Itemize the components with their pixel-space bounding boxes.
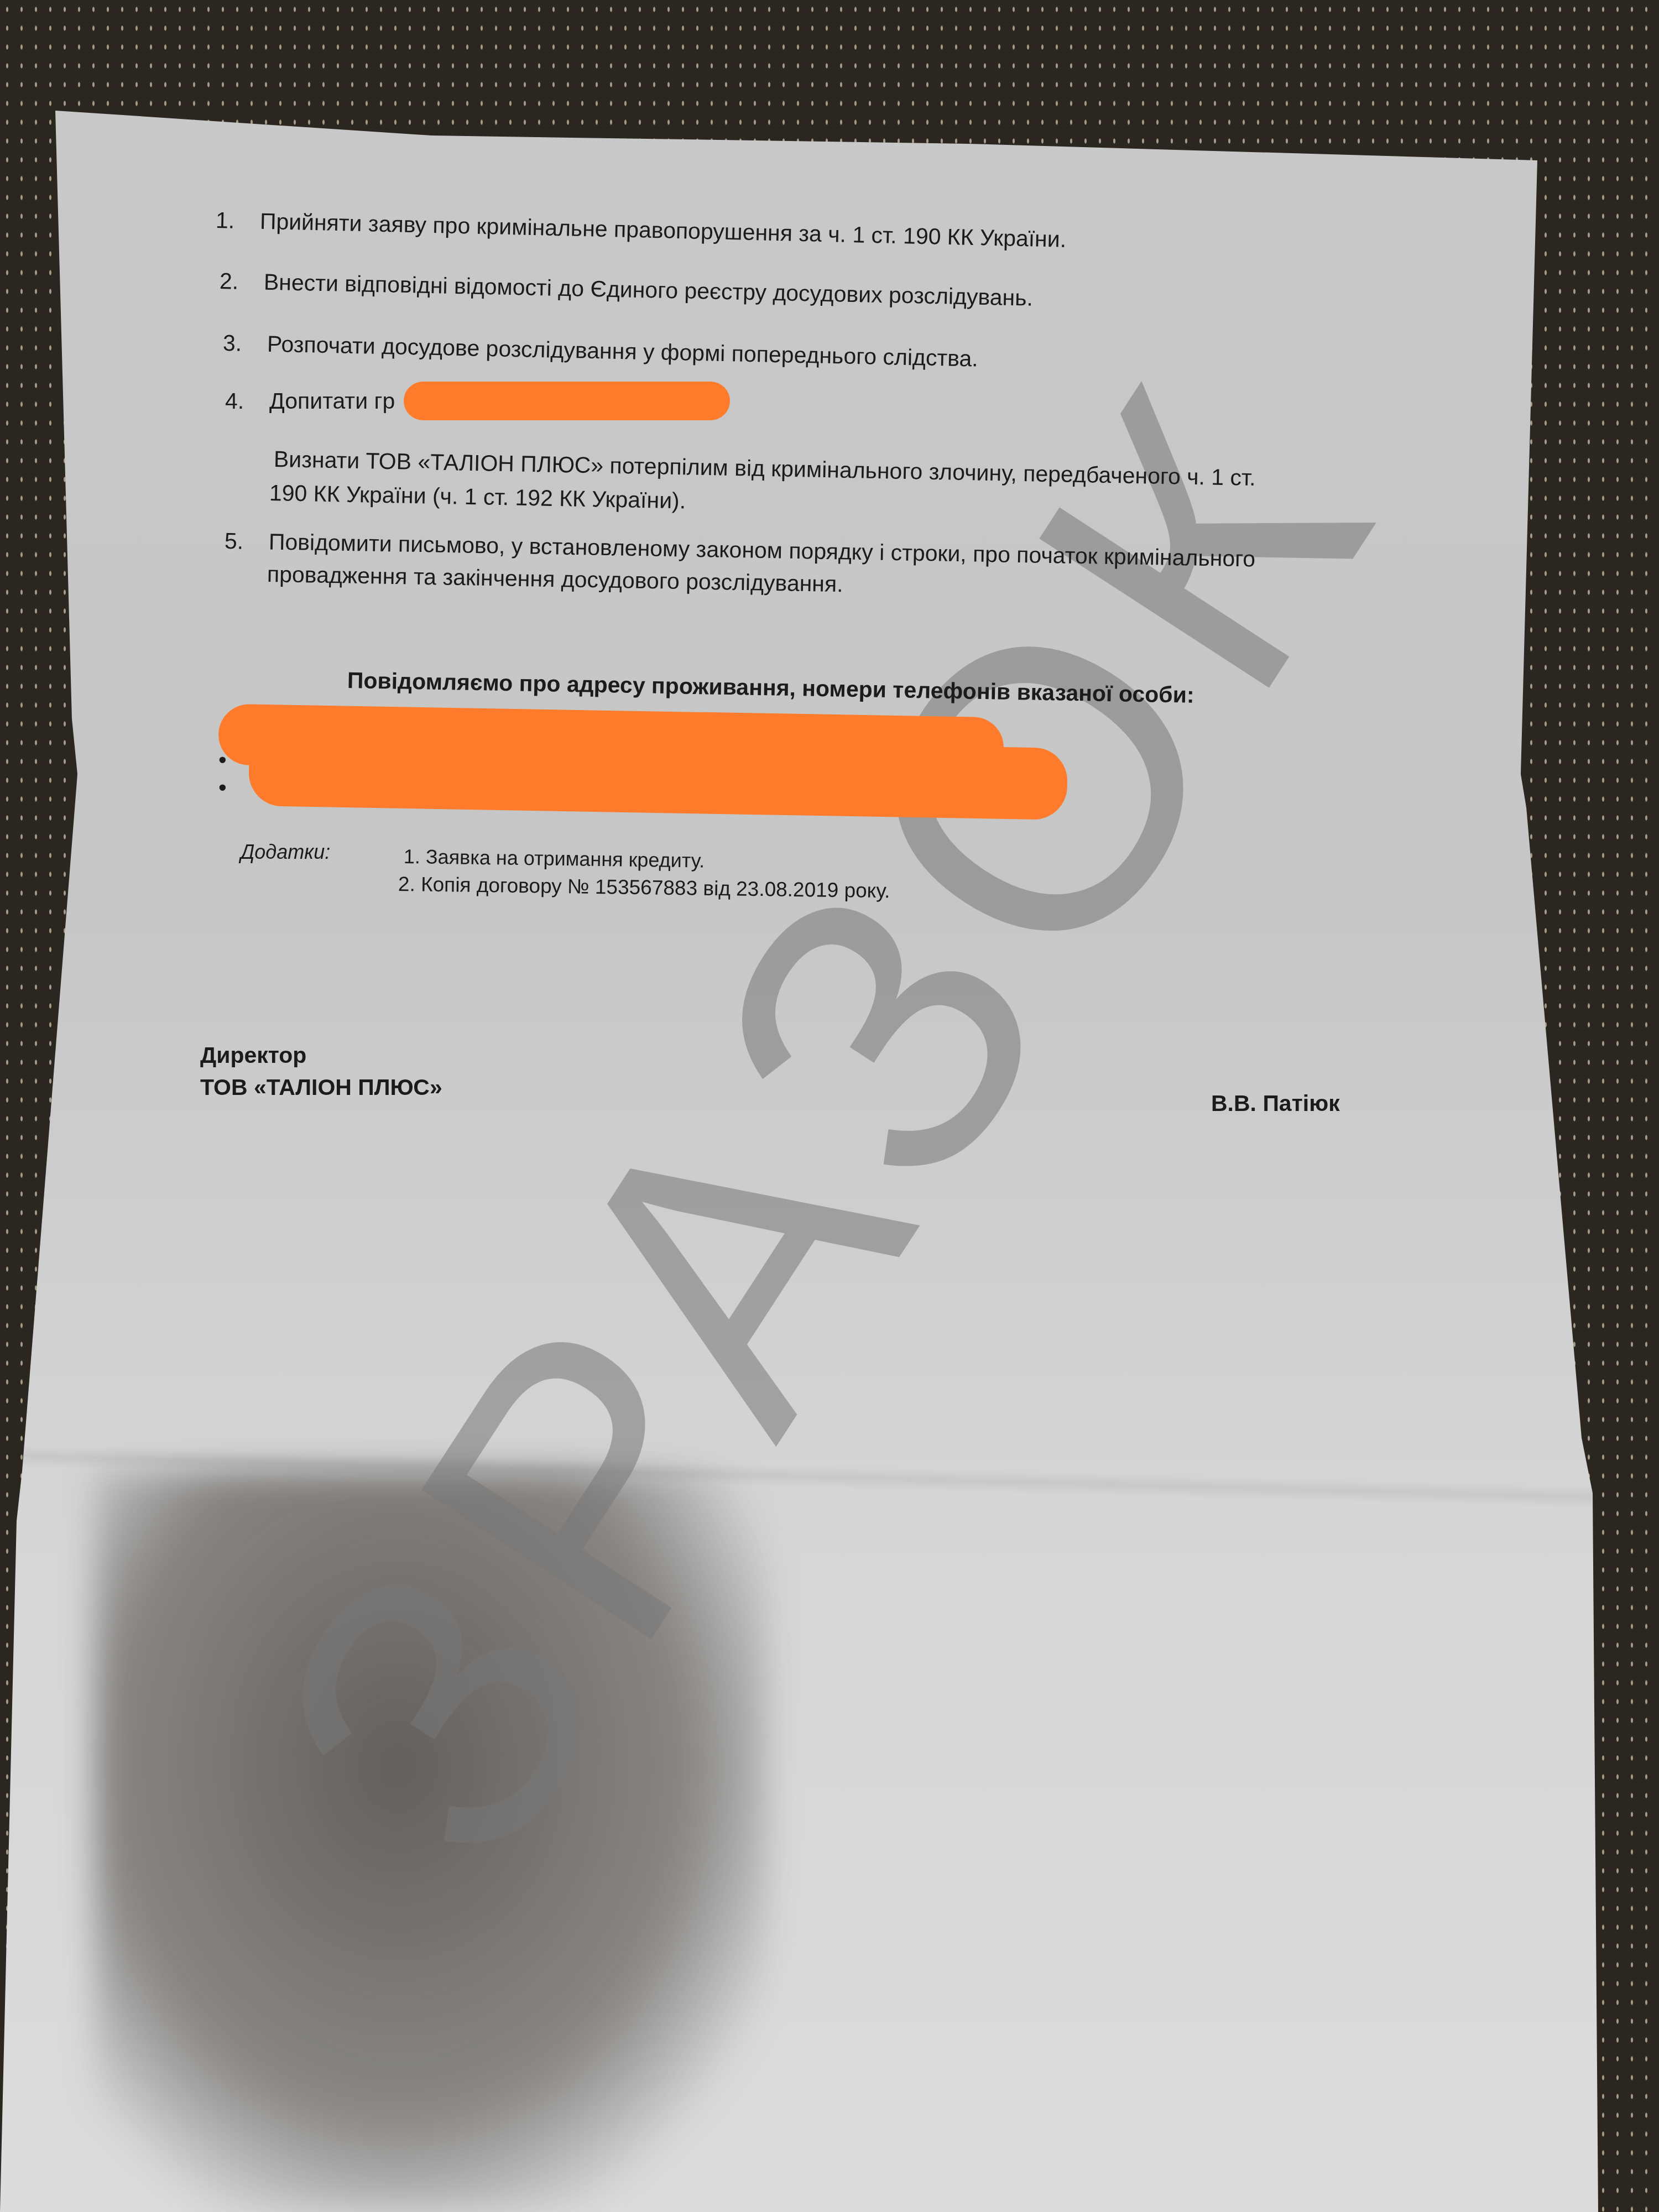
request-item-5-line-2: провадження та закінчення досудового роз… (267, 561, 843, 597)
recognize-victim-line-2: 190 КК України (ч. 1 ст. 192 КК України)… (269, 480, 686, 514)
item-number: 1. (215, 207, 260, 234)
redaction-name (404, 382, 730, 420)
request-item-2: 2.Внести відповідні відомості до Єдиного… (220, 268, 1034, 311)
document-body: 1.Прийняти заяву про кримінальне правопо… (0, 0, 1659, 2212)
request-item-4: 4.Допитати гр (225, 388, 395, 414)
item-number: 4. (225, 388, 269, 414)
item-text: Допитати гр (269, 388, 395, 414)
item-text: Внести відповідні відомості до Єдиного р… (264, 269, 1034, 311)
bullet: • (218, 774, 227, 801)
item-number: 5. (225, 528, 269, 555)
attachments-label: Додатки: (241, 841, 330, 864)
signature-position: Директор (200, 1042, 306, 1068)
item-text: Прийняти заяву про кримінальне правопору… (259, 208, 1066, 252)
address-heading: Повідомляємо про адресу проживання, номе… (347, 667, 1194, 708)
redaction-phones (248, 734, 1068, 820)
request-item-1: 1.Прийняти заяву про кримінальне правопо… (215, 207, 1066, 253)
signature-company: ТОВ «ТАЛІОН ПЛЮС» (200, 1074, 442, 1100)
attachment-item: 2. Копія договору № 153567883 від 23.08.… (398, 873, 890, 902)
item-number: 3. (223, 330, 268, 357)
attachment-item: 1. Заявка на отримання кредиту. (404, 845, 705, 873)
request-item-3: 3.Розпочати досудове розслідування у фор… (223, 330, 979, 372)
signature-name: В.В. Патіюк (1211, 1091, 1340, 1117)
item-text: Розпочати досудове розслідування у формі… (267, 331, 979, 372)
item-number: 2. (220, 268, 264, 295)
